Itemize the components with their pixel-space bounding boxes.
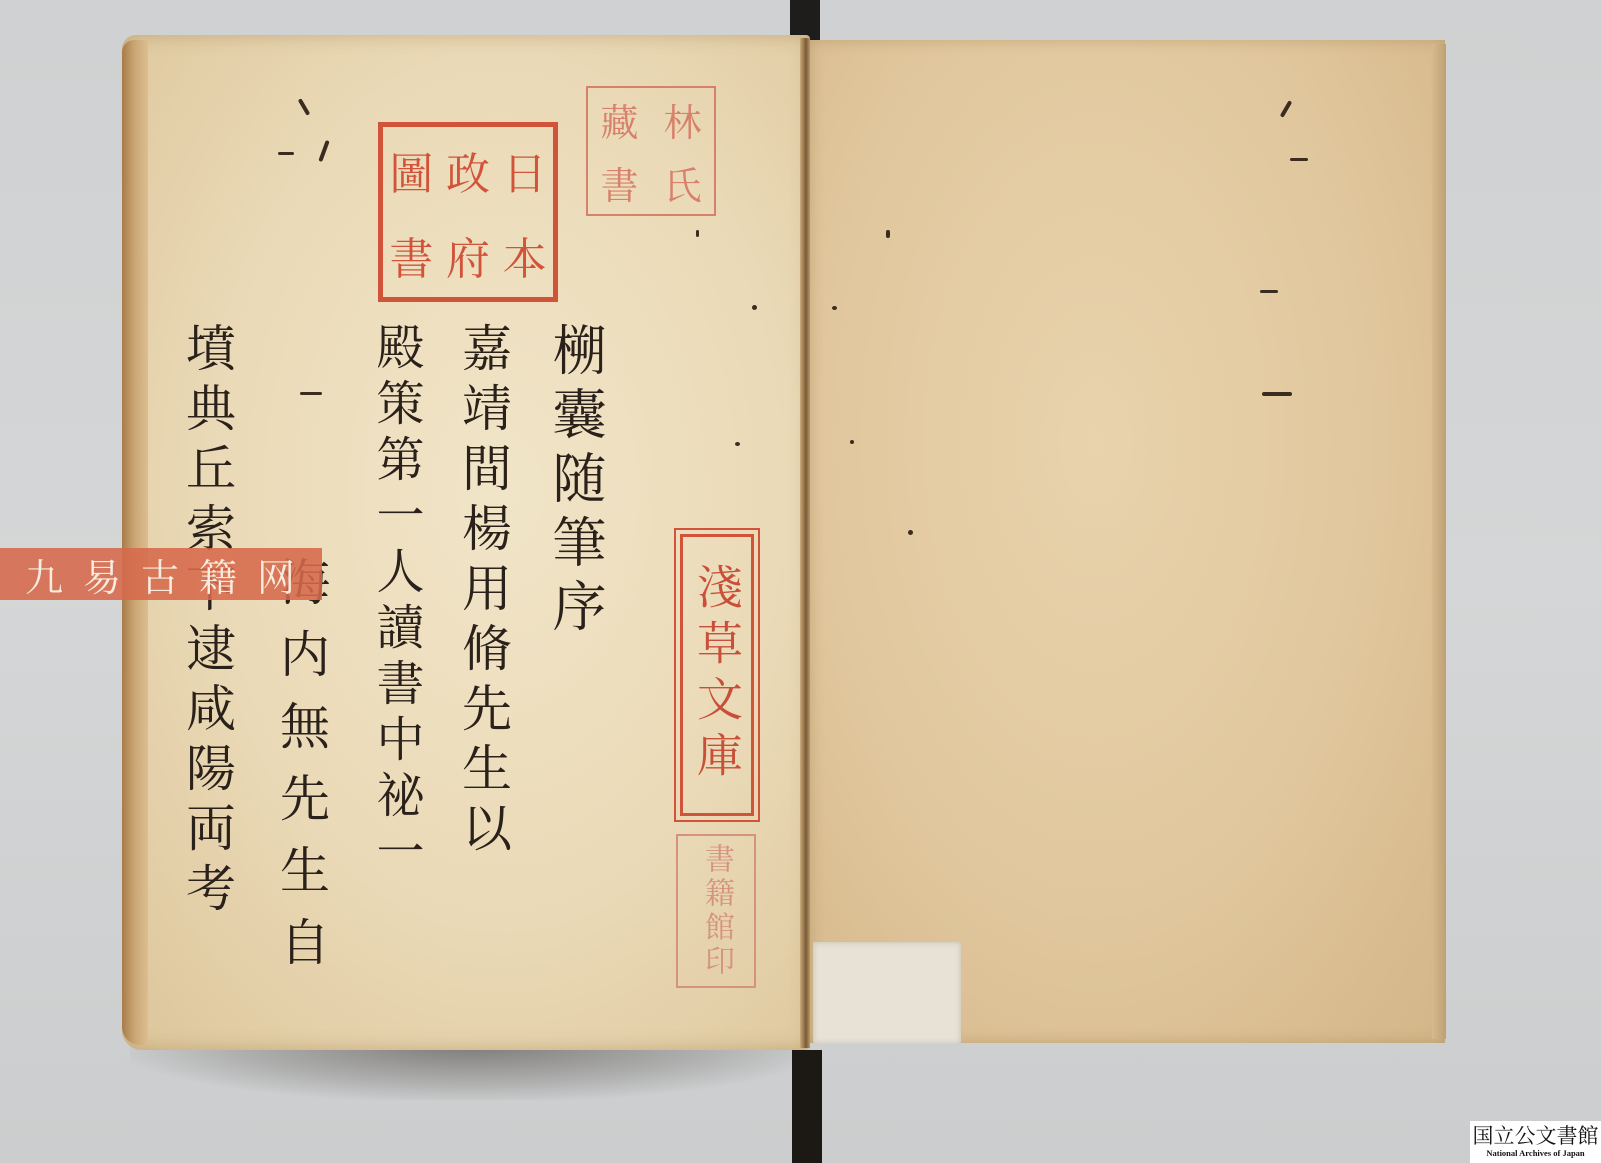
- ink-dot: [850, 440, 854, 444]
- seal-char: 府: [440, 212, 497, 297]
- seal-char: 政: [440, 127, 497, 212]
- text-column-2: 嘉靖間楊用脩先生以: [458, 322, 508, 862]
- ink-dot: [696, 230, 699, 237]
- watermark-text: 九易古籍网: [7, 547, 315, 602]
- ink-mark: [1260, 290, 1278, 293]
- text-column-title: 㮶囊随筆序: [548, 322, 602, 642]
- seal-nihon-seifu-tosho: 日 本 政 府 圖 書: [378, 122, 558, 302]
- national-archives-logo: 国立公文書館 National Archives of Japan: [1470, 1121, 1601, 1163]
- paper-repair-patch: [813, 942, 961, 1044]
- seal-asakusa-bunko: 淺草文庫: [680, 534, 754, 816]
- ink-dot: [908, 530, 913, 535]
- ink-mark: [278, 152, 294, 155]
- right-page: [810, 40, 1445, 1043]
- text-column-3: 殿策第一人讀書中祕一: [372, 322, 420, 882]
- ink-dot: [886, 230, 890, 238]
- seal-char: 藏: [588, 88, 651, 151]
- book-gutter: [800, 38, 810, 1048]
- bookmark-ribbon-bottom: [792, 1050, 822, 1163]
- seal-hayashi-zosho: 林 氏 藏 書: [586, 86, 716, 216]
- archive-logo-english: National Archives of Japan: [1486, 1149, 1584, 1158]
- seal-shojakukan: 書籍館印: [676, 834, 756, 988]
- watermark-banner: 九易古籍网: [0, 548, 322, 600]
- seal-char: 書: [383, 212, 440, 297]
- seal-char: 林: [651, 88, 714, 151]
- ink-mark: [1290, 158, 1308, 161]
- ink-dot: [735, 442, 740, 446]
- ink-dot: [832, 306, 837, 310]
- text-column-5: 墳典丘索下逮咸陽両考: [182, 322, 232, 922]
- ink-mark: [300, 392, 322, 395]
- book-shadow: [130, 1045, 810, 1100]
- seal-char: 圖: [383, 127, 440, 212]
- right-page-edge: [1432, 44, 1446, 1039]
- ink-dot: [752, 305, 757, 310]
- seal-char: 本: [496, 212, 553, 297]
- seal-text: 淺草文庫: [684, 563, 750, 787]
- seal-char: 氏: [651, 151, 714, 214]
- seal-char: 日: [496, 127, 553, 212]
- text-column-4: 海内無先生自: [276, 556, 326, 988]
- archive-logo-japanese: 国立公文書館: [1473, 1126, 1599, 1147]
- left-page-edge: [122, 40, 148, 1045]
- seal-char: 書: [588, 151, 651, 214]
- seal-text: 書籍館印: [694, 843, 738, 979]
- ink-mark: [1262, 392, 1292, 396]
